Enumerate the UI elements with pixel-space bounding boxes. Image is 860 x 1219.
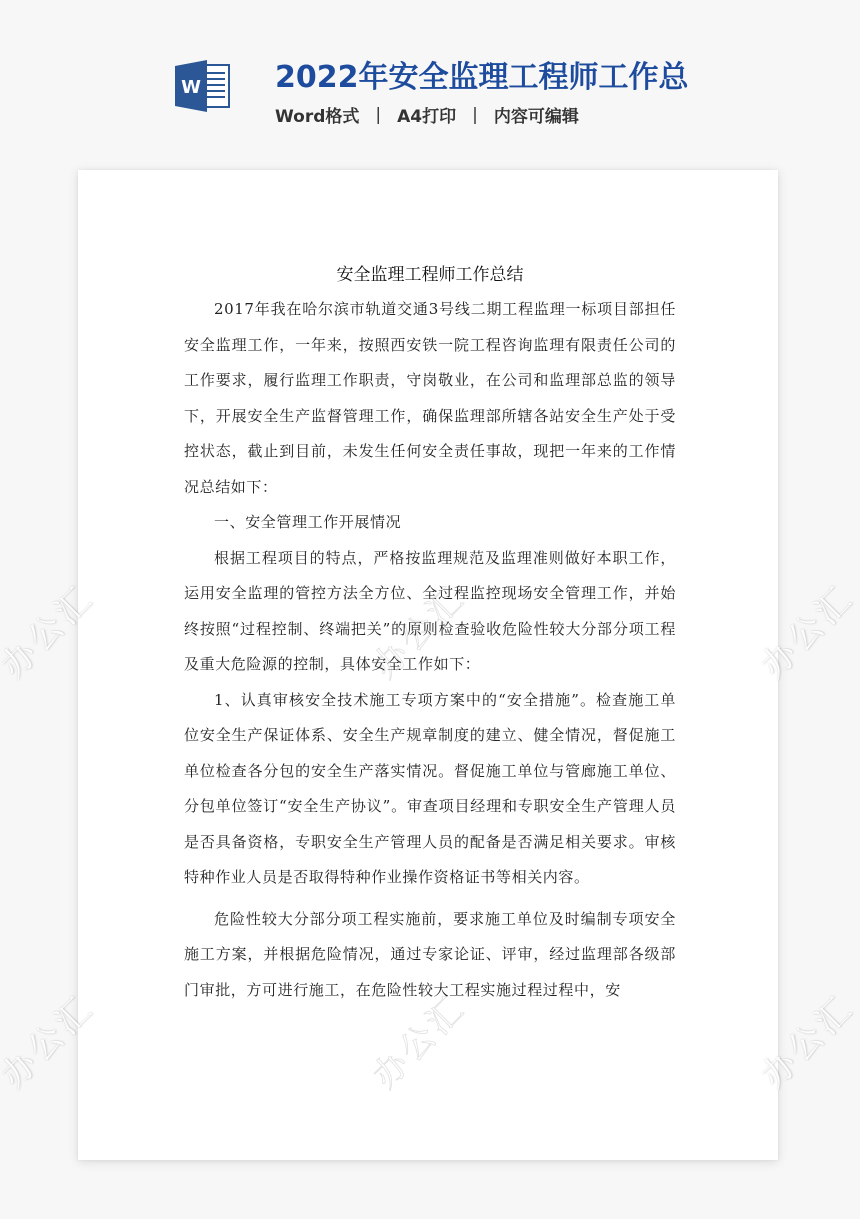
article-title: 安全监理工程师工作总结: [184, 258, 676, 292]
header: W 2022年安全监理工程师工作总 Word格式 | A4打印 | 内容可编辑: [0, 0, 860, 160]
tag-separator: |: [472, 105, 478, 125]
format-tags: Word格式 | A4打印 | 内容可编辑: [275, 102, 579, 127]
word-document-icon: W: [175, 60, 231, 112]
tag-separator: |: [375, 105, 381, 125]
paragraph: 危险性较大分部分项工程实施前，要求施工单位及时编制专项安全施工方案，并根据危险情…: [184, 902, 676, 1009]
tag-word-format: Word格式: [275, 102, 359, 127]
document-title: 2022年安全监理工程师工作总: [275, 52, 689, 96]
document-body: 安全监理工程师工作总结 2017年我在哈尔滨市轨道交通3号线二期工程监理一标项目…: [184, 258, 676, 1008]
paragraph: 1、认真审核安全技术施工专项方案中的“安全措施”。检查施工单位安全生产保证体系、…: [184, 683, 676, 896]
tag-editable: 内容可编辑: [494, 102, 579, 127]
paragraph: 根据工程项目的特点，严格按监理规范及监理准则做好本职工作，运用安全监理的管控方法…: [184, 541, 676, 683]
tag-a4-print: A4打印: [397, 102, 456, 127]
document-page: 安全监理工程师工作总结 2017年我在哈尔滨市轨道交通3号线二期工程监理一标项目…: [78, 170, 778, 1160]
section-heading: 一、安全管理工作开展情况: [184, 505, 676, 541]
paragraph-intro: 2017年我在哈尔滨市轨道交通3号线二期工程监理一标项目部担任安全监理工作，一年…: [184, 292, 676, 505]
svg-text:W: W: [181, 77, 201, 98]
